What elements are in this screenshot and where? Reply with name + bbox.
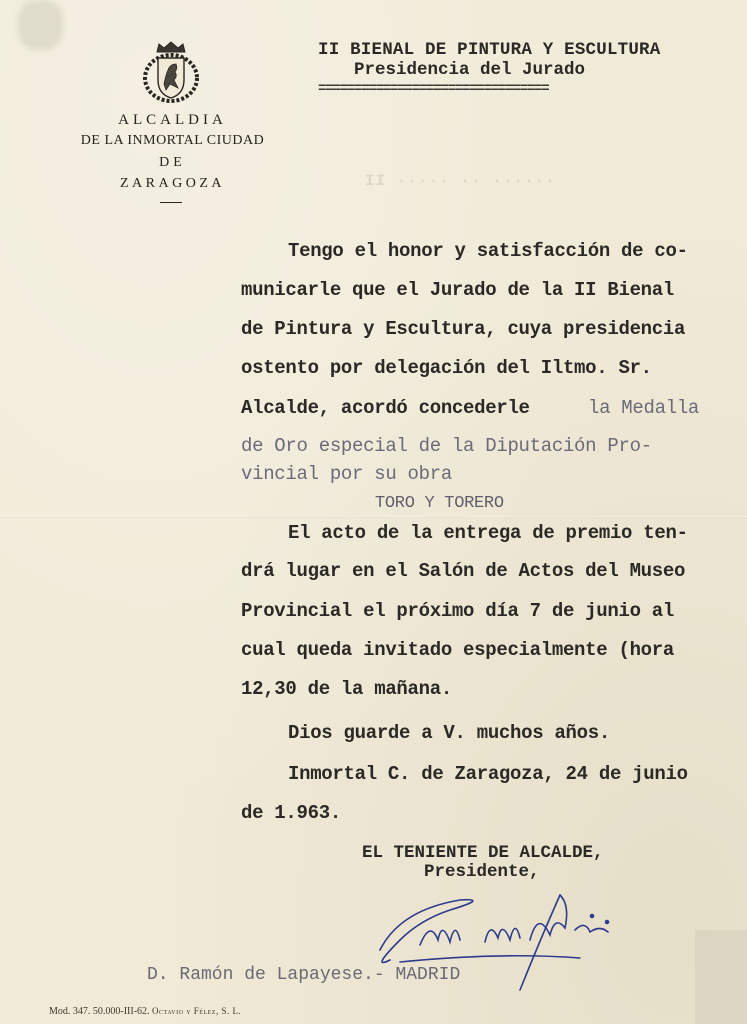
award-inserted-text: la Medalla — [588, 397, 699, 419]
letterhead-de: DE — [40, 155, 305, 171]
body-line-13: 12,30 de la mañana. — [241, 678, 452, 700]
body-line-11: Provincial el próximo día 7 de junio al — [241, 600, 674, 622]
header-rule: ================================ — [318, 81, 720, 97]
body-line-5: Alcalde, acordó concederle — [241, 397, 530, 419]
imprint-model: Mod. 347. 50.000-III-62. — [49, 1006, 150, 1017]
body-line-10: drá lugar en el Salón de Actos del Museo — [241, 560, 685, 582]
paper-stain — [18, 0, 63, 50]
signatory-title: EL TENIENTE DE ALCALDE, — [362, 843, 604, 863]
closing-line: Dios guarde a V. muchos años. — [288, 722, 610, 744]
header-subtitle: Presidencia del Jurado — [354, 60, 585, 80]
body-line-3: de Pintura y Escultura, cuya presidencia — [241, 318, 685, 340]
paper-background — [0, 0, 747, 1024]
addressee-line: D. Ramón de Lapayese.- MADRID — [147, 965, 460, 985]
letterhead-inmortal-ciudad: DE LA INMORTAL CIUDAD — [40, 133, 305, 149]
imprint-printer: Octavio y Félez, S. L. — [152, 1006, 241, 1016]
letterhead-rule — [160, 202, 182, 203]
place-date-line: Inmortal C. de Zaragoza, 24 de junio — [288, 763, 688, 785]
letterhead-zaragoza: ZARAGOZA — [40, 176, 305, 192]
work-title: TORO Y TORERO — [375, 494, 504, 513]
printer-imprint: Mod. 347. 50.000-III-62. Octavio y Félez… — [49, 1006, 241, 1017]
year-line: de 1.963. — [241, 802, 341, 824]
show-through-text: II ····· ·· ······ — [365, 172, 556, 190]
body-line-2: municarle que el Jurado de la II Bienal — [241, 279, 674, 301]
body-line-12: cual queda invitado especialmente (hora — [241, 639, 674, 661]
body-line-4: ostento por delegación del Iltmo. Sr. — [241, 357, 652, 379]
header-title: II BIENAL DE PINTURA Y ESCULTURA — [318, 40, 660, 60]
coat-of-arms-icon — [140, 40, 202, 104]
paper-fold-crease — [0, 516, 747, 518]
body-line-1: Tengo el honor y satisfacción de co- — [288, 240, 688, 262]
body-line-9: El acto de la entrega de premio ten- — [288, 522, 688, 544]
letterhead-alcaldia: ALCALDIA — [40, 112, 305, 129]
signatory-role: Presidente, — [424, 862, 540, 882]
paper-shadow — [695, 930, 747, 1024]
body-line-6: de Oro especial de la Diputación Pro- — [241, 435, 652, 457]
body-line-7: vincial por su obra — [241, 463, 452, 485]
